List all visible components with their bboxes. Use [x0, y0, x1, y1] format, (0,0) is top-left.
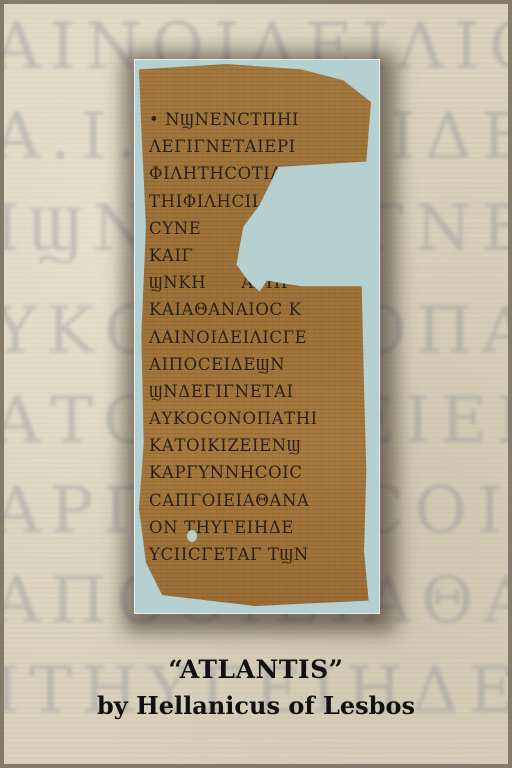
papyrus-line: ΚΑΤΟΙΚΙΖΕΙΕΝϢ [149, 432, 318, 459]
papyrus-line: ΦΙΛΗΤΗCΟΤΙΑ [149, 160, 318, 187]
papyrus-line: ϢΝΔΕΓΙΓΝΕΤΑΙ [149, 378, 318, 405]
papyrus-line: ΛΑΙΝΟΙΔΕΙΛΙϹΓΕ [149, 324, 318, 351]
papyrus-line: ΤΗΙΦΙΛΗCΙΙ [149, 188, 318, 215]
papyrus-line: ΚΑΙΑΘΑΝΑΙΟϹ Κ [149, 296, 318, 323]
papyrus-line: ΟΝ ΤΗΥΓΕΙΗΔΕ [149, 514, 318, 541]
poster-title: “ATLANTIS” [4, 652, 508, 688]
poster-frame: ΑΙΝΟΙΔΕΙΛΙCΙΟ Α.Ι.ΠΟCΕΙΔΕCΥΝ ΙϢΝΔΕΓΙΓΝΕΤ… [4, 4, 508, 764]
papyrus-photo: • ΝϢΝΕΝCΤΠΗΙ ΛΕΓΙΓΝΕΤΑΙΕΡΙ ΦΙΛΗΤΗCΟΤΙΑ Τ… [134, 59, 380, 614]
papyrus-text: • ΝϢΝΕΝCΤΠΗΙ ΛΕΓΙΓΝΕΤΑΙΕΡΙ ΦΙΛΗΤΗCΟΤΙΑ Τ… [149, 106, 318, 568]
papyrus-line: ϹΥΝΕ [149, 215, 318, 242]
papyrus-line: ϢΝΚΗ ΑΓΗΡ [149, 269, 318, 296]
papyrus-line: • ΝϢΝΕΝCΤΠΗΙ [149, 106, 318, 133]
papyrus-line: ΚΑΡΓΥΝΝΗϹΟΙϹ [149, 459, 318, 486]
papyrus-line: ϹΑΠΓΟΙΕΙΑΘΑΝΑ [149, 487, 318, 514]
papyrus-line: ΑΙΠΟϹΕΙΔΕϢΝ [149, 351, 318, 378]
papyrus-line: ΚΑΙΓ [149, 242, 318, 269]
papyrus-line: ΥϹΙΙϹΓΕΤΑΓ ΤϢΝ [149, 541, 318, 568]
papyrus-fragment: • ΝϢΝΕΝCΤΠΗΙ ΛΕΓΙΓΝΕΤΑΙΕΡΙ ΦΙΛΗΤΗCΟΤΙΑ Τ… [139, 64, 371, 606]
papyrus-line: ΑΥΚΟϹΟΝΟΠΑΤΗΙ [149, 405, 318, 432]
poster-subtitle: by Hellanicus of Lesbos [4, 688, 508, 724]
papyrus-line: ΛΕΓΙΓΝΕΤΑΙΕΡΙ [149, 133, 318, 160]
caption: “ATLANTIS” by Hellanicus of Lesbos [4, 652, 508, 724]
papyrus-hole [187, 530, 197, 542]
